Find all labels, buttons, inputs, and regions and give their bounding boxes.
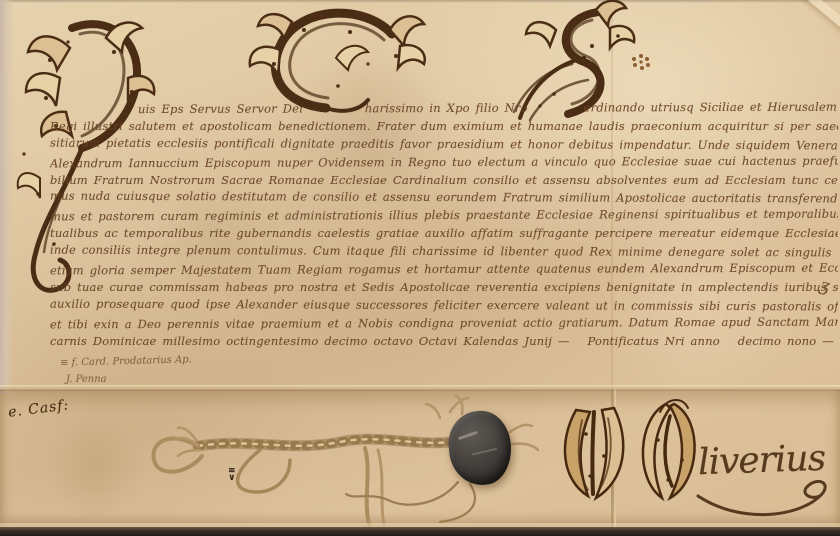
manuscript-text: uis Eps Servus Servor Dei harissimo in X…: [50, 100, 838, 350]
dating-clause-center: Pontificatus Nri anno: [587, 333, 719, 351]
manuscript-line: Alexandrum Iannuccium Episcopum nuper Ov…: [50, 152, 838, 173]
parchment-photo: uis Eps Servus Servor Dei harissimo in X…: [0, 0, 840, 536]
manuscript-line: mus et pastorem curam regiminis et admin…: [50, 206, 838, 227]
line1-segment: harissimo in Xpo filio Nro: [365, 101, 528, 116]
line1-segment: erdinando utriusq Siciliae et Hierusalem: [584, 100, 838, 115]
photo-bottom-edge: [0, 527, 840, 536]
manuscript-line: auxilio prosequare quod ipse Alexander e…: [50, 295, 838, 316]
manuscript-line: et tibi exin a Deo perennis vitae praemi…: [50, 313, 838, 334]
cord-mark-bottom: ∨: [228, 475, 235, 482]
manuscript-line: etiam gloria semper Majestatem Tuam Regi…: [50, 260, 838, 281]
signature-initial-V-icon: [556, 400, 628, 504]
manuscript-line: bilium Fratrum Nostrorum Sacrae Romanae …: [50, 172, 838, 190]
manuscript-line: tualibus ac temporalibus rite gubernandi…: [50, 225, 838, 243]
seal-highlight: [471, 448, 497, 456]
dating-clause-right: decimo nono —: [738, 333, 834, 351]
rosette-ornament-icon: [630, 52, 652, 72]
dating-clause-left: carnis Dominicae millesimo octingentesim…: [50, 333, 570, 351]
line1-segment: uis Eps Servus Servor Dei: [138, 101, 303, 116]
manuscript-line: sitiarum pietatis ecclesiis pontificali …: [50, 134, 838, 155]
manuscript-line: uis Eps Servus Servor Dei harissimo in X…: [50, 99, 838, 120]
signature-flourish: [690, 468, 840, 514]
dating-clause-line: carnis Dominicae millesimo octingentesim…: [50, 333, 838, 351]
fold-crease-top-right: [760, 0, 840, 76]
manuscript-line: sub tuae curae commissam habeas pro nost…: [50, 279, 838, 297]
countersignature: ≡ f. Card. Prodatarius Ap.: [60, 354, 192, 368]
seal-highlight: [458, 431, 478, 440]
countersignature: J. Penna: [66, 374, 107, 385]
cord-notary-mark: ≡ ∨: [228, 468, 236, 482]
seal-cord: [140, 390, 580, 536]
manuscript-line: Regi illustri salutem et apostolicam ben…: [50, 118, 838, 136]
illuminated-initial-C-icon: [240, 2, 436, 116]
